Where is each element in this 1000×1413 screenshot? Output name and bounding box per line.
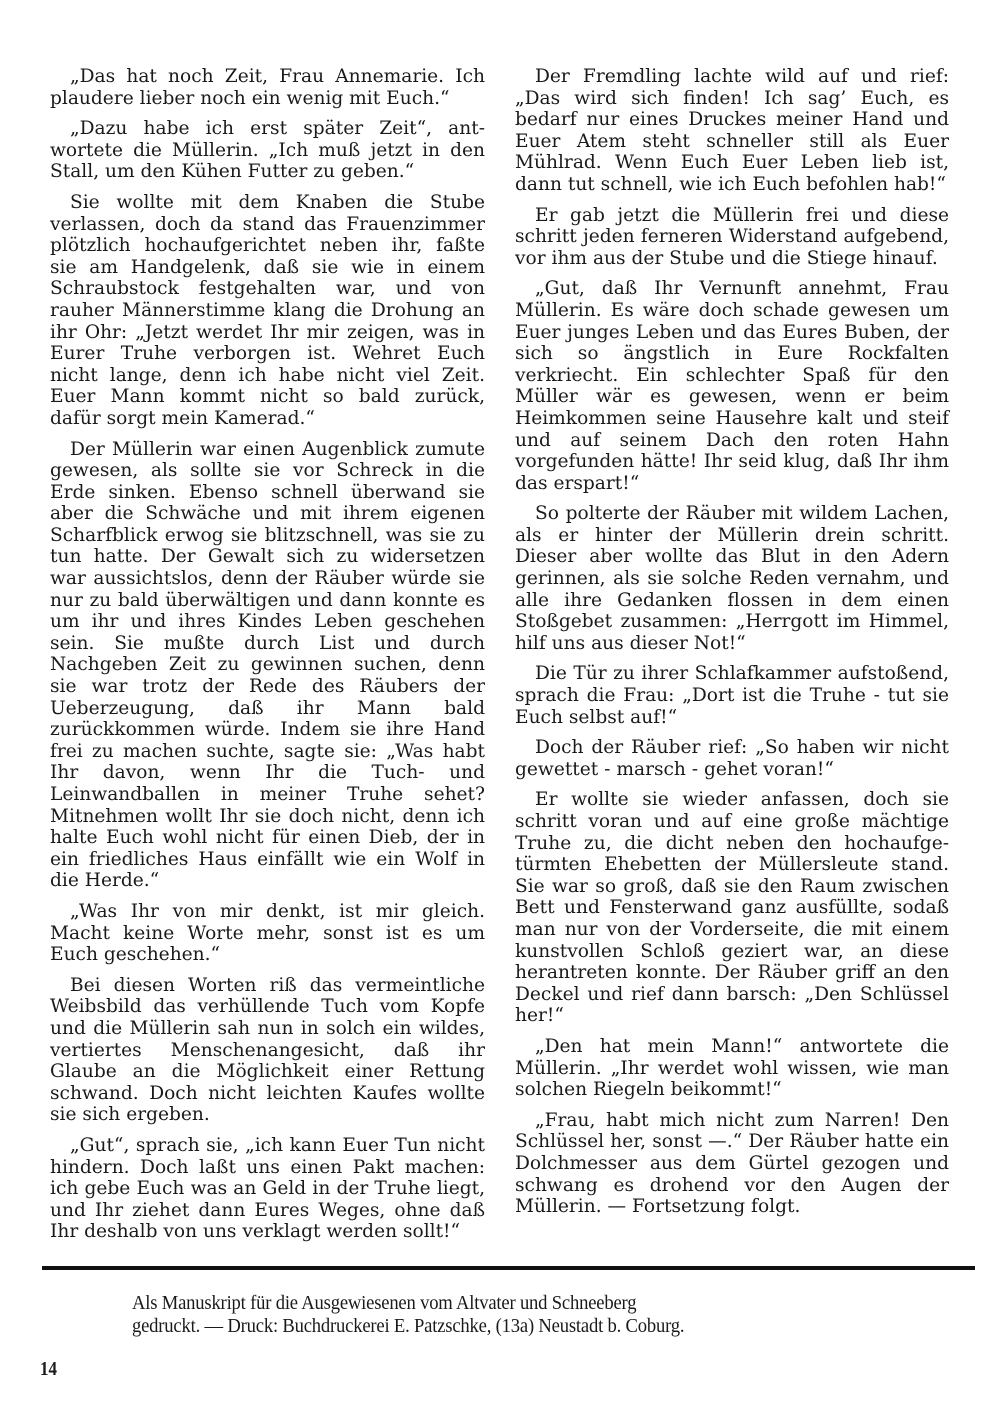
paragraph: Bei diesen Worten riß das vermeintliche … <box>50 975 485 1126</box>
document-page: „Das hat noch Zeit, Frau Annemarie. Ich … <box>0 0 1000 1413</box>
paragraph: Er gab jetzt die Müllerin frei und diese… <box>515 205 949 270</box>
paragraph: Die Tür zu ihrer Schlafkammer auf­stoßen… <box>515 663 949 728</box>
page-number: 14 <box>40 1358 57 1381</box>
right-text-column: Der Fremdling lachte wild auf und rief: … <box>515 66 949 1227</box>
horizontal-rule <box>42 1266 975 1270</box>
paragraph: „Gut, daß Ihr Vernunft annehmt, Frau Mül… <box>515 278 949 494</box>
paragraph: „Gut“, sprach sie, „ich kann Euer Tun ni… <box>50 1135 485 1243</box>
paragraph: So polterte der Räuber mit wildem La­che… <box>515 503 949 654</box>
paragraph: „Dazu habe ich erst später Zeit“, ant­wo… <box>50 118 485 183</box>
paragraph: „Das hat noch Zeit, Frau Annemarie. Ich … <box>50 66 485 109</box>
paragraph: Er wollte sie wieder anfassen, doch sie … <box>515 789 949 1027</box>
paragraph: Sie wollte mit dem Knaben die Stube verl… <box>50 192 485 430</box>
colophon-line-2: gedruckt. — Druck: Buchdruckerei E. Patz… <box>132 1315 839 1338</box>
colophon-line-1: Als Manuskript für die Ausgewiesenen vom… <box>132 1292 839 1315</box>
paragraph: Der Müllerin war einen Augenblick zu­mut… <box>50 439 485 892</box>
left-text-column: „Das hat noch Zeit, Frau Annemarie. Ich … <box>50 66 485 1252</box>
paragraph: Der Fremdling lachte wild auf und rief: … <box>515 66 949 196</box>
paragraph: „Frau, habt mich nicht zum Narren! Den S… <box>515 1110 949 1218</box>
paragraph: „Was Ihr von mir denkt, ist mir gleich. … <box>50 901 485 966</box>
paragraph: Doch der Räuber rief: „So haben wir nich… <box>515 737 949 780</box>
paragraph: „Den hat mein Mann!“ antwortete die Müll… <box>515 1036 949 1101</box>
colophon: Als Manuskript für die Ausgewiesenen vom… <box>132 1292 839 1338</box>
